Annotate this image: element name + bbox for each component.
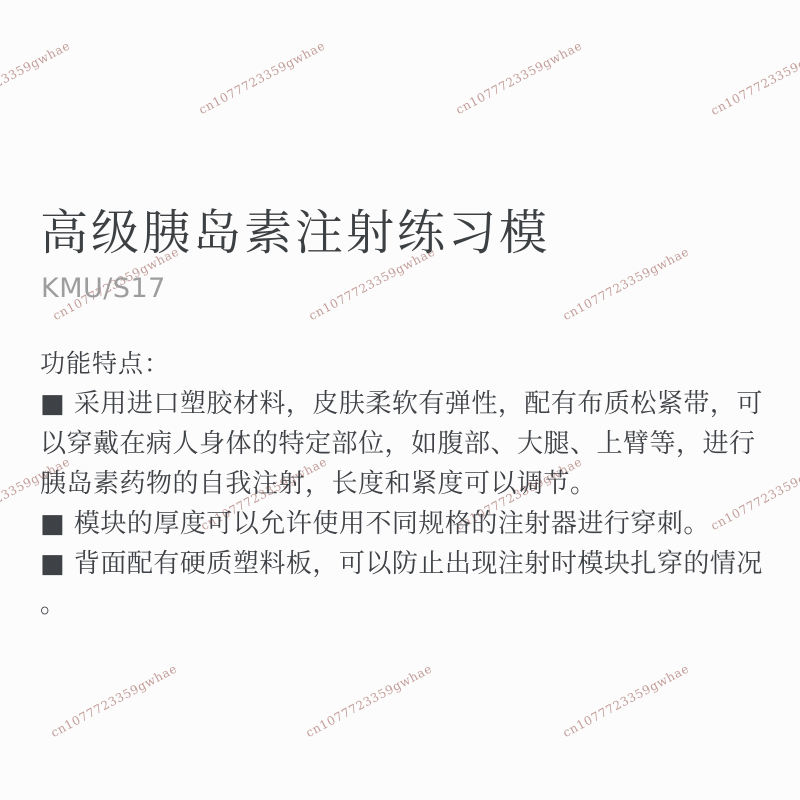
content-area: 高级胰岛素注射练习模 KMU/S17 功能特点： ■ 采用进口塑胶材料，皮肤柔软… xyxy=(0,0,800,800)
feature-item-material: ■ 采用进口塑胶材料，皮肤柔软有弹性，配有布质松紧带，可 以穿戴在病人身体的特定… xyxy=(40,384,788,504)
product-description-page: cn1077723359gwhaecn1077723359gwhaecn1077… xyxy=(0,0,800,800)
features-heading: 功能特点： xyxy=(40,344,788,384)
feature-item-thickness: ■ 模块的厚度可以允许使用不同规格的注射器进行穿刺。 xyxy=(40,504,788,544)
feature-item-backplate: ■ 背面配有硬质塑料板，可以防止出现注射时模块扎穿的情况 。 xyxy=(40,544,788,624)
features-section: 功能特点： ■ 采用进口塑胶材料，皮肤柔软有弹性，配有布质松紧带，可 以穿戴在病… xyxy=(40,344,788,624)
product-title: 高级胰岛素注射练习模 xyxy=(40,205,550,261)
product-model-number: KMU/S17 xyxy=(41,273,166,305)
